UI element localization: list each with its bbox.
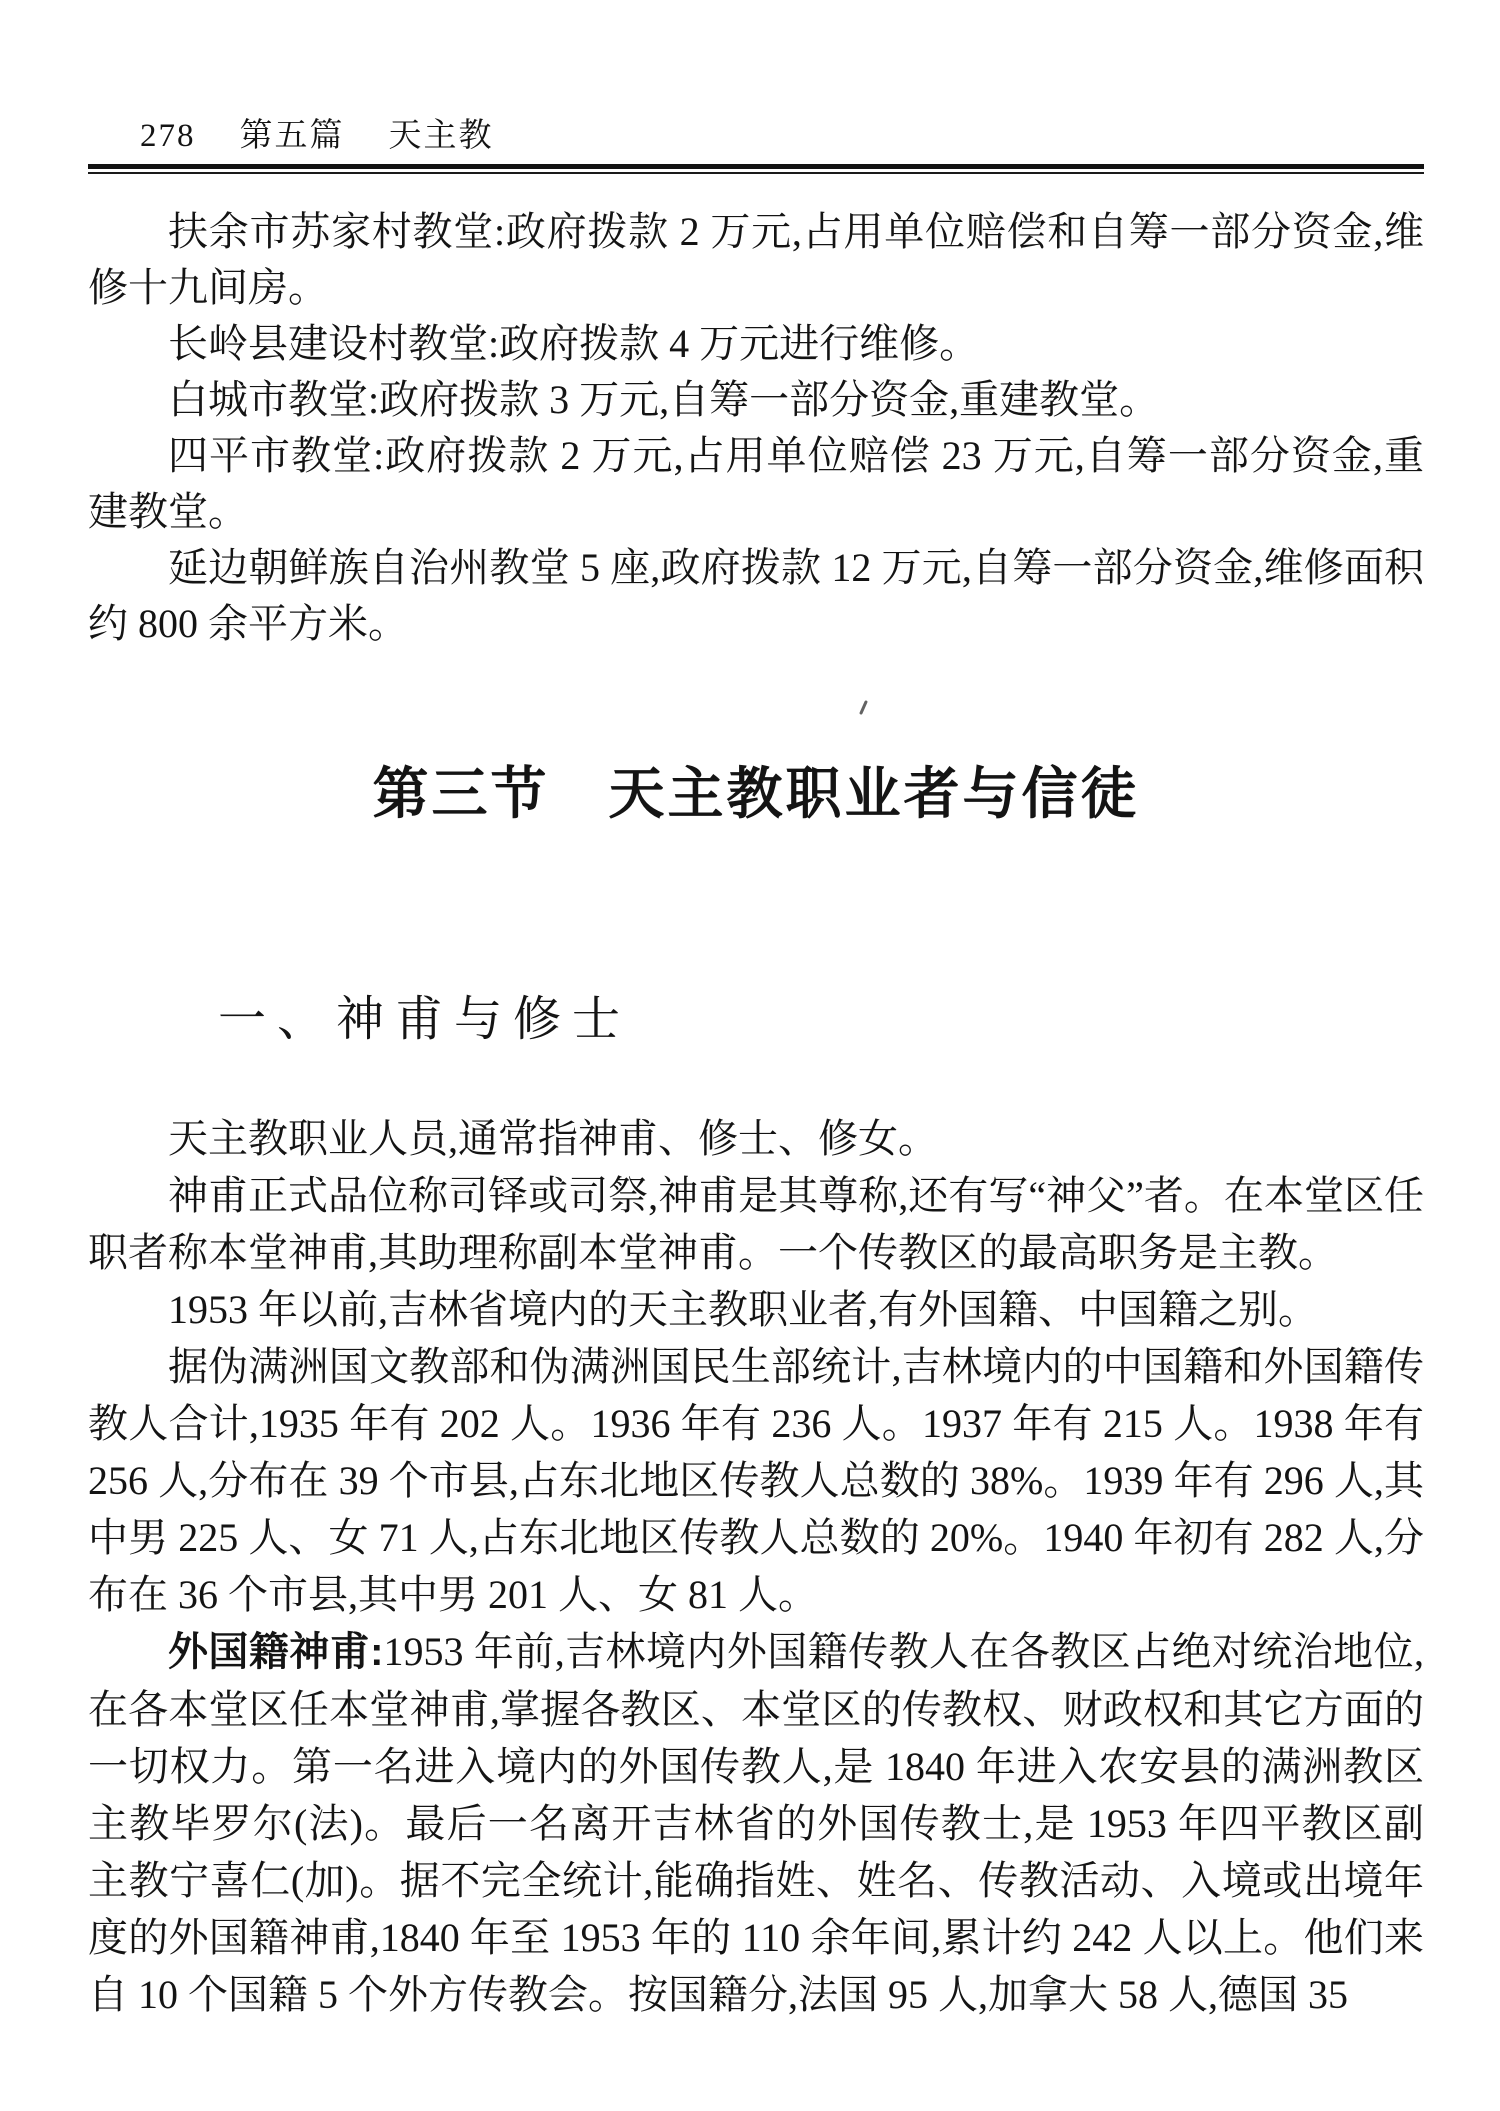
scan-artifact-mark: [859, 700, 868, 715]
body-paragraph-foreign-priests: 外国籍神甫:1953 年前,吉林境内外国籍传教人在各教区占绝对统治地位,在各本堂…: [88, 1623, 1424, 2023]
body-paragraph: 神甫正式品位称司铎或司祭,神甫是其尊称,还有写“神父”者。在本堂区任职者称本堂神…: [88, 1167, 1424, 1281]
paragraph-text: 1953 年前,吉林境内外国籍传教人在各教区占绝对统治地位,在各本堂区任本堂神甫…: [88, 1629, 1424, 2017]
funding-paragraph: 延边朝鲜族自治州教堂 5 座,政府拨款 12 万元,自筹一部分资金,维修面积约 …: [88, 540, 1424, 652]
body-paragraph: 天主教职业人员,通常指神甫、修士、修女。: [88, 1110, 1424, 1167]
funding-paragraph: 四平市教堂:政府拨款 2 万元,占用单位赔偿 23 万元,自筹一部分资金,重建教…: [88, 428, 1424, 540]
funding-paragraph: 白城市教堂:政府拨款 3 万元,自筹一部分资金,重建教堂。: [88, 372, 1424, 428]
body-paragraph: 1953 年以前,吉林省境内的天主教职业者,有外国籍、中国籍之别。: [88, 1281, 1424, 1338]
page-number: 278: [140, 116, 196, 156]
running-head: 278 第五篇 天主教: [88, 116, 1424, 156]
funding-paragraph: 扶余市苏家村教堂:政府拨款 2 万元,占用单位赔偿和自筹一部分资金,维修十九间房…: [88, 204, 1424, 316]
part-label: 第五篇: [240, 116, 345, 156]
body-paragraphs-block: 天主教职业人员,通常指神甫、修士、修女。 神甫正式品位称司铎或司祭,神甫是其尊称…: [88, 1110, 1424, 2023]
funding-paragraphs-block: 扶余市苏家村教堂:政府拨款 2 万元,占用单位赔偿和自筹一部分资金,维修十九间房…: [88, 204, 1424, 652]
paragraph-bold-lead: 外国籍神甫:: [168, 1630, 383, 1674]
section-heading: 第三节 天主教职业者与信徒: [88, 752, 1424, 836]
body-paragraph: 据伪满洲国文教部和伪满洲国民生部统计,吉林境内的中国籍和外国籍传教人合计,193…: [88, 1338, 1424, 1623]
book-page: 278 第五篇 天主教 扶余市苏家村教堂:政府拨款 2 万元,占用单位赔偿和自筹…: [0, 0, 1500, 2111]
part-title: 天主教: [389, 116, 494, 156]
funding-paragraph: 长岭县建设村教堂:政府拨款 4 万元进行维修。: [88, 316, 1424, 372]
header-divider-rule: [88, 164, 1424, 174]
subsection-heading: 一、神甫与修士: [88, 985, 1424, 1055]
